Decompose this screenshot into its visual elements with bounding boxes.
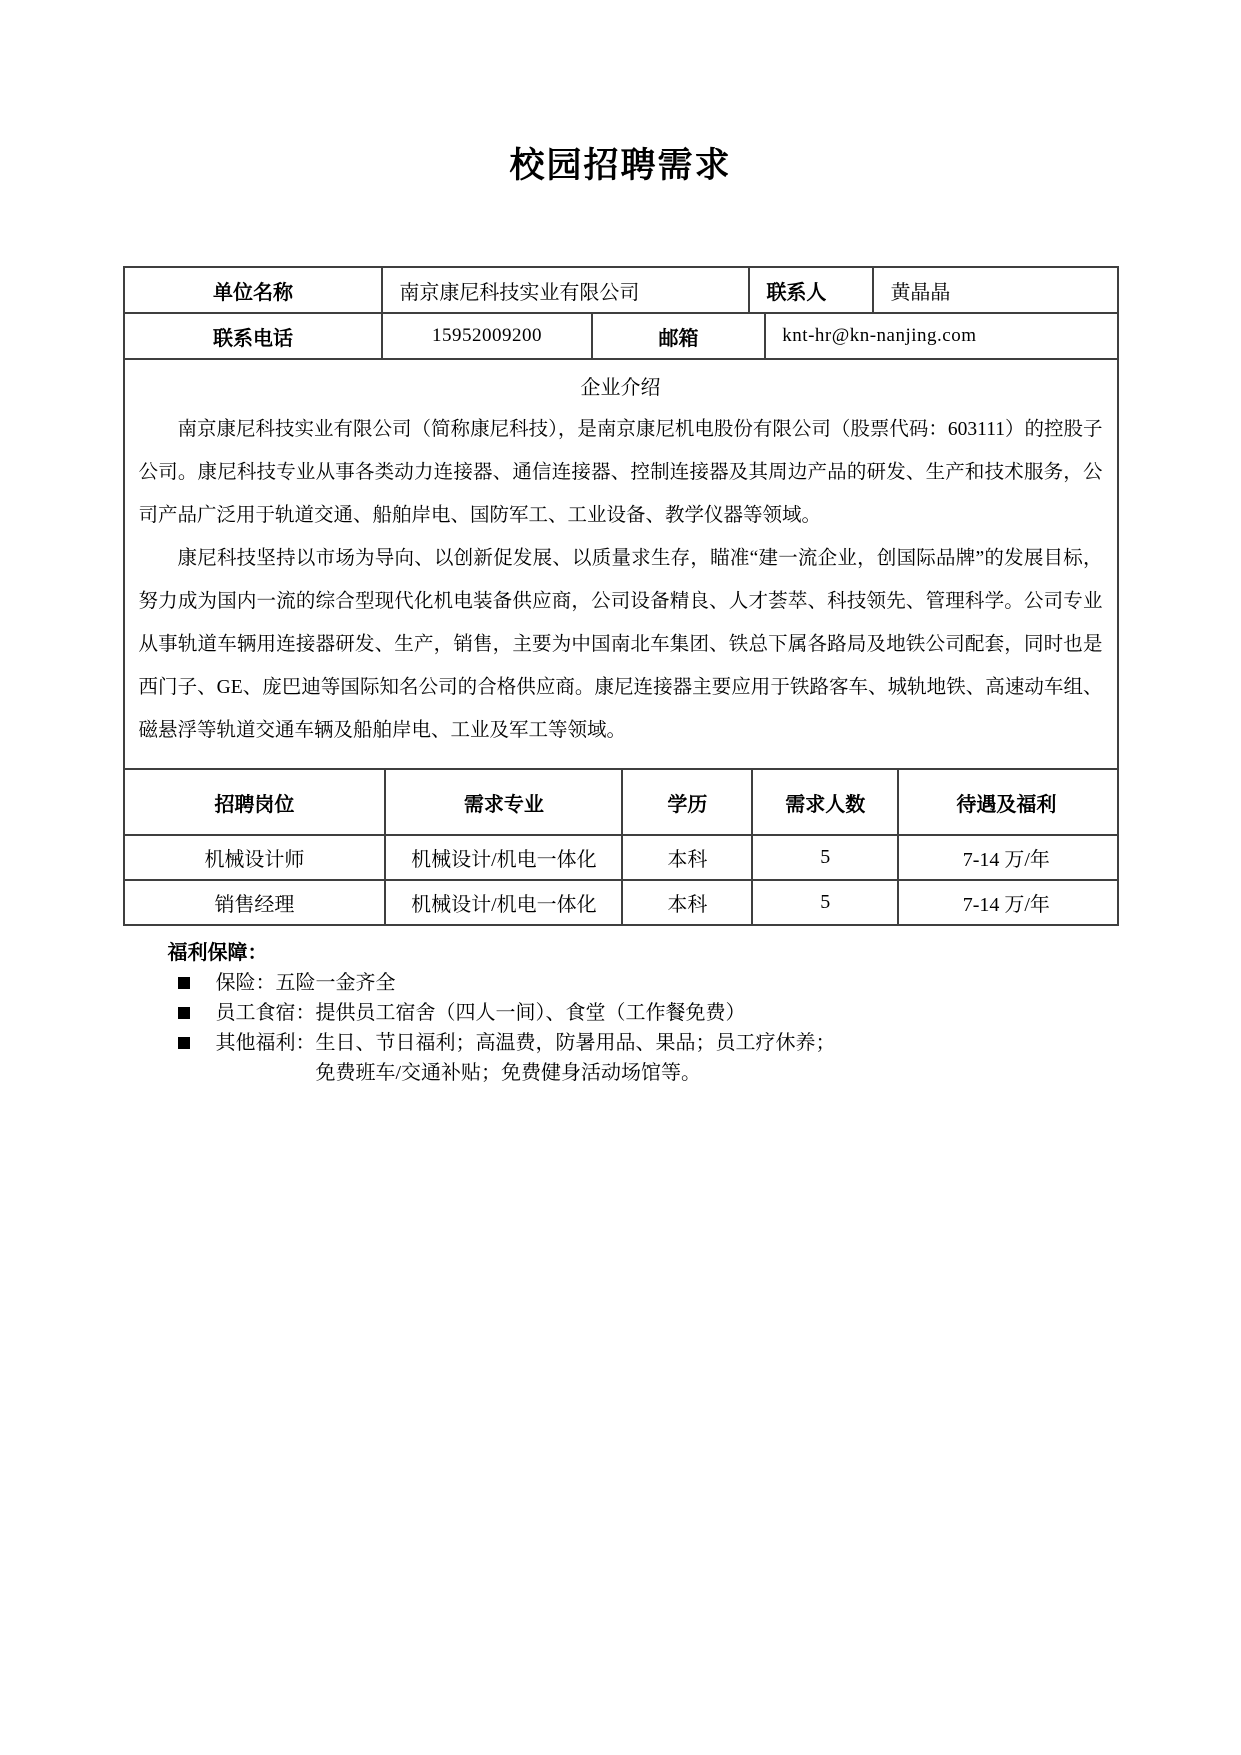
welfare-section: 福利保障： 保险：五险一金齐全 员工食宿：提供员工宿舍（四人一间）、食堂（工作餐… bbox=[123, 938, 1119, 1088]
welfare-bullet-text: 保险：五险一金齐全 bbox=[216, 968, 1119, 998]
jobs-header-headcount: 需求人数 bbox=[753, 770, 899, 834]
square-bullet-icon bbox=[178, 1007, 190, 1019]
jobs-header-position: 招聘岗位 bbox=[125, 770, 387, 834]
unit-name-label: 单位名称 bbox=[125, 268, 384, 312]
welfare-bullet-text: 其他福利：生日、节日福利；高温费，防暑用品、果品；员工疗休养； 免费班车/交通补… bbox=[216, 1028, 1119, 1088]
job-headcount: 5 bbox=[753, 836, 899, 879]
job-education: 本科 bbox=[623, 836, 753, 879]
welfare-bullet-other: 其他福利：生日、节日福利；高温费，防暑用品、果品；员工疗休养； 免费班车/交通补… bbox=[168, 1028, 1119, 1088]
job-salary: 7-14 万/年 bbox=[899, 836, 1113, 879]
document-page: 校园招聘需求 单位名称 南京康尼科技实业有限公司 联系人 黄晶晶 联系电话 15… bbox=[0, 0, 1241, 1755]
welfare-bullet-text: 员工食宿：提供员工宿舍（四人一间）、食堂（工作餐免费） bbox=[216, 998, 1119, 1028]
welfare-title: 福利保障： bbox=[168, 938, 1119, 968]
jobs-header-education: 学历 bbox=[623, 770, 753, 834]
recruitment-table: 单位名称 南京康尼科技实业有限公司 联系人 黄晶晶 联系电话 159520092… bbox=[123, 266, 1119, 926]
job-salary: 7-14 万/年 bbox=[899, 881, 1113, 924]
email-label: 邮箱 bbox=[593, 314, 767, 358]
phone-value: 15952009200 bbox=[383, 314, 592, 358]
jobs-header-salary: 待遇及福利 bbox=[899, 770, 1113, 834]
job-position: 机械设计师 bbox=[125, 836, 387, 879]
company-intro-paragraph-1: 南京康尼科技实业有限公司（简称康尼科技），是南京康尼机电股份有限公司（股票代码：… bbox=[139, 408, 1103, 537]
job-position: 销售经理 bbox=[125, 881, 387, 924]
job-headcount: 5 bbox=[753, 881, 899, 924]
square-bullet-icon bbox=[178, 977, 190, 989]
jobs-header-major: 需求专业 bbox=[386, 770, 623, 834]
job-major: 机械设计/机电一体化 bbox=[386, 881, 623, 924]
job-education: 本科 bbox=[623, 881, 753, 924]
jobs-header-row: 招聘岗位 需求专业 学历 需求人数 待遇及福利 bbox=[125, 768, 1117, 834]
welfare-bullet-other-line1: 其他福利：生日、节日福利；高温费，防暑用品、果品；员工疗休养； bbox=[216, 1032, 836, 1054]
contact-person-value: 黄晶晶 bbox=[874, 268, 1116, 312]
square-bullet-icon bbox=[178, 1037, 190, 1049]
unit-name-value: 南京康尼科技实业有限公司 bbox=[383, 268, 750, 312]
welfare-bullet-boarding: 员工食宿：提供员工宿舍（四人一间）、食堂（工作餐免费） bbox=[168, 998, 1119, 1028]
email-value: knt-hr@kn-nanjing.com bbox=[766, 314, 1116, 358]
company-intro-cell: 企业介绍 南京康尼科技实业有限公司（简称康尼科技），是南京康尼机电股份有限公司（… bbox=[125, 358, 1117, 768]
phone-label: 联系电话 bbox=[125, 314, 384, 358]
job-row-mechanical-designer: 机械设计师 机械设计/机电一体化 本科 5 7-14 万/年 bbox=[125, 834, 1117, 879]
info-row-2: 联系电话 15952009200 邮箱 knt-hr@kn-nanjing.co… bbox=[125, 312, 1117, 358]
job-row-sales-manager: 销售经理 机械设计/机电一体化 本科 5 7-14 万/年 bbox=[125, 879, 1117, 924]
page-title: 校园招聘需求 bbox=[0, 138, 1241, 188]
company-intro-heading: 企业介绍 bbox=[139, 368, 1103, 408]
info-row-1: 单位名称 南京康尼科技实业有限公司 联系人 黄晶晶 bbox=[125, 268, 1117, 312]
contact-person-label: 联系人 bbox=[750, 268, 874, 312]
welfare-bullet-insurance: 保险：五险一金齐全 bbox=[168, 968, 1119, 998]
job-major: 机械设计/机电一体化 bbox=[386, 836, 623, 879]
company-intro-paragraph-2: 康尼科技坚持以市场为导向、以创新促发展、以质量求生存，瞄准“建一流企业，创国际品… bbox=[139, 537, 1103, 752]
welfare-bullet-other-line2: 免费班车/交通补贴；免费健身活动场馆等。 bbox=[216, 1058, 1119, 1088]
